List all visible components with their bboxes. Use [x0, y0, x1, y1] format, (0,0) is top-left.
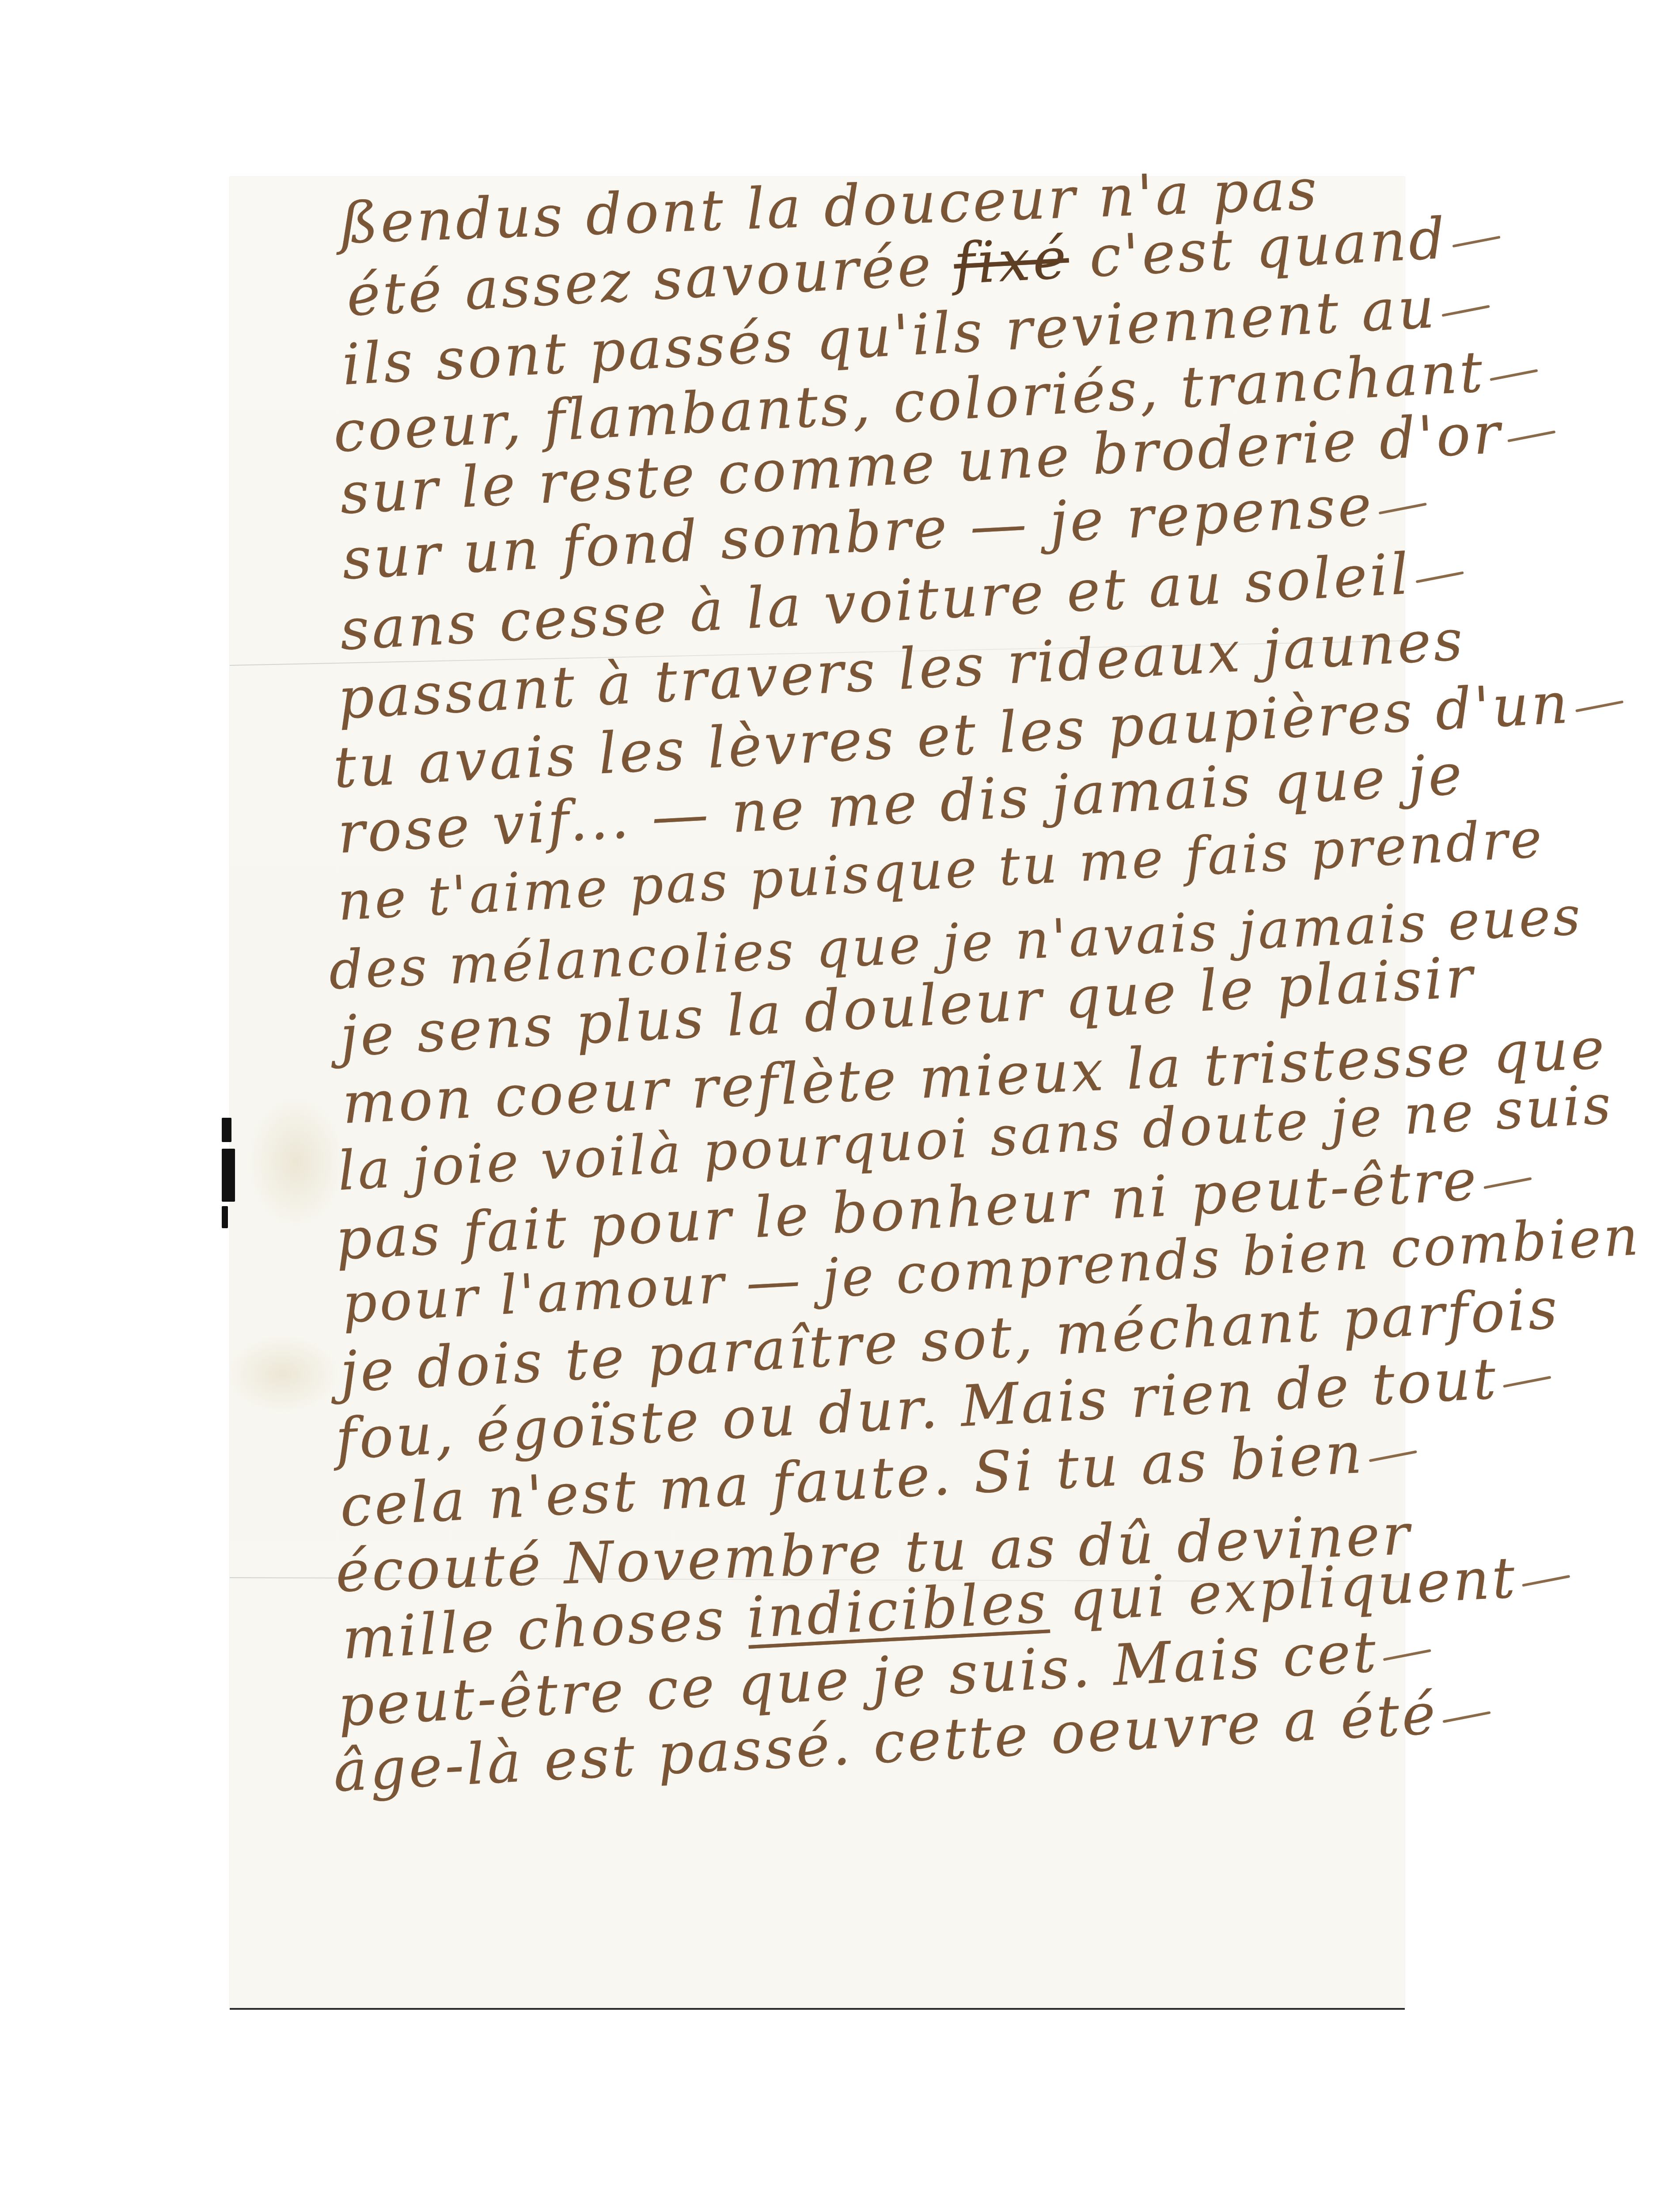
flourish-stroke [1522, 1575, 1570, 1587]
flourish-stroke [1490, 369, 1538, 381]
flourish-stroke [1416, 571, 1464, 583]
flourish-stroke [1452, 236, 1500, 248]
flourish-stroke [1369, 1450, 1417, 1462]
flourish-stroke [1441, 305, 1490, 317]
flourish-stroke [1443, 1711, 1491, 1723]
flourish-stroke [1379, 503, 1427, 515]
handwritten-text: ßendus dont la douceur n'a pas été assez… [230, 177, 1405, 2008]
struck-out-word: fixé [952, 225, 1071, 297]
edge-tear-mark [222, 1206, 228, 1228]
flourish-stroke [1507, 430, 1555, 442]
flourish-stroke [1503, 1376, 1551, 1388]
flourish-stroke [1575, 700, 1623, 712]
flourish-stroke [1483, 1177, 1532, 1189]
letter-page: ßendus dont la douceur n'a pas été assez… [230, 177, 1405, 2008]
flourish-stroke [1383, 1649, 1431, 1661]
